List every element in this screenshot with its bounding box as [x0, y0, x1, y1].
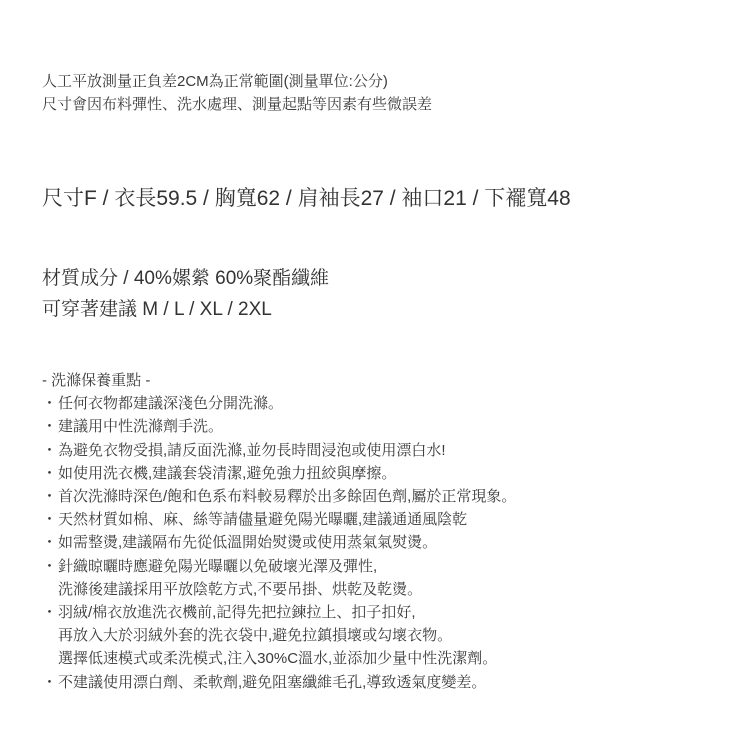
care-item: ・ 首次洗滌時深色/飽和色系布料較易釋於出多餘固色劑,屬於正常現象。: [42, 485, 516, 508]
measurement-note: 人工平放測量正負差2CM為正常範圍(測量單位:公分) 尺寸會因布料彈性、洗水處理…: [42, 70, 432, 116]
care-item: ・ 如需整燙,建議隔布先從低溫開始熨燙或使用蒸氣氣熨燙。: [42, 531, 516, 554]
care-item-continuation: 再放入大於羽絨外套的洗衣袋中,避免拉鎮損壞或勾壞衣物。: [42, 624, 516, 647]
product-info-page: 人工平放測量正負差2CM為正常範圍(測量單位:公分) 尺寸會因布料彈性、洗水處理…: [0, 0, 750, 750]
care-item-text: 如需整燙,建議隔布先從低溫開始熨燙或使用蒸氣氣熨燙。: [58, 531, 437, 554]
material-info: 材質成分 / 40%嫘縈 60%聚酯纖維 可穿著建議 M / L / XL / …: [42, 263, 329, 325]
care-item-text: 選擇低速模式或柔洗模式,注入30%C溫水,並添加少量中性洗潔劑。: [58, 647, 497, 670]
bullet-dot: ・: [42, 601, 58, 624]
measurement-note-line-1: 人工平放測量正負差2CM為正常範圍(測量單位:公分): [42, 70, 432, 93]
care-item-text: 針織晾曬時應避免陽光曝曬以免破壞光澤及彈性,: [58, 555, 377, 578]
bullet-dot: ・: [42, 439, 58, 462]
care-heading: - 洗滌保養重點 -: [42, 369, 516, 392]
care-item: ・ 不建議使用漂白劑、柔軟劑,避免阻塞纖維毛孔,導致透氣度變差。: [42, 671, 516, 694]
material-composition: 材質成分 / 40%嫘縈 60%聚酯纖維: [42, 263, 329, 294]
bullet-dot: ・: [42, 508, 58, 531]
care-item-text: 為避免衣物受損,請反面洗滌,並勿長時間浸泡或使用漂白水!: [58, 439, 446, 462]
care-item: ・ 任何衣物都建議深淺色分開洗滌。: [42, 392, 516, 415]
care-item-text: 建議用中性洗滌劑手洗。: [58, 415, 223, 438]
care-item-text: 天然材質如棉、麻、絲等請儘量避免陽光曝曬,建議通通風陰乾: [58, 508, 467, 531]
care-item-text: 再放入大於羽絨外套的洗衣袋中,避免拉鎮損壞或勾壞衣物。: [58, 624, 452, 647]
measurement-note-line-2: 尺寸會因布料彈性、洗水處理、測量起點等因素有些微誤差: [42, 93, 432, 116]
care-item: ・ 為避免衣物受損,請反面洗滌,並勿長時間浸泡或使用漂白水!: [42, 439, 516, 462]
bullet-dot: ・: [42, 415, 58, 438]
care-item-text: 羽絨/棉衣放進洗衣機前,記得先把拉鍊拉上、扣子扣好,: [58, 601, 416, 624]
bullet-spacer: [42, 578, 58, 601]
care-item: ・ 建議用中性洗滌劑手洗。: [42, 415, 516, 438]
care-item-text: 不建議使用漂白劑、柔軟劑,避免阻塞纖維毛孔,導致透氣度變差。: [58, 671, 486, 694]
bullet-dot: ・: [42, 531, 58, 554]
care-item: ・ 如使用洗衣機,建議套袋清潔,避免強力扭絞與摩擦。: [42, 462, 516, 485]
bullet-dot: ・: [42, 555, 58, 578]
care-item-text: 洗滌後建議採用平放陰乾方式,不要吊掛、烘乾及乾燙。: [58, 578, 422, 601]
care-section: - 洗滌保養重點 - ・ 任何衣物都建議深淺色分開洗滌。 ・ 建議用中性洗滌劑手…: [42, 369, 516, 694]
bullet-dot: ・: [42, 462, 58, 485]
care-item-text: 首次洗滌時深色/飽和色系布料較易釋於出多餘固色劑,屬於正常現象。: [58, 485, 516, 508]
care-item: ・ 羽絨/棉衣放進洗衣機前,記得先把拉鍊拉上、扣子扣好,: [42, 601, 516, 624]
care-item: ・ 天然材質如棉、麻、絲等請儘量避免陽光曝曬,建議通通風陰乾: [42, 508, 516, 531]
bullet-spacer: [42, 624, 58, 647]
care-item-continuation: 洗滌後建議採用平放陰乾方式,不要吊掛、烘乾及乾燙。: [42, 578, 516, 601]
care-item-text: 如使用洗衣機,建議套袋清潔,避免強力扭絞與摩擦。: [58, 462, 396, 485]
size-spec: 尺寸F / 衣長59.5 / 胸寬62 / 肩袖長27 / 袖口21 / 下襬寬…: [42, 186, 571, 212]
wear-suggestion: 可穿著建議 M / L / XL / 2XL: [42, 294, 329, 325]
bullet-dot: ・: [42, 671, 58, 694]
care-item: ・ 針織晾曬時應避免陽光曝曬以免破壞光澤及彈性,: [42, 555, 516, 578]
care-item-text: 任何衣物都建議深淺色分開洗滌。: [58, 392, 283, 415]
bullet-dot: ・: [42, 392, 58, 415]
bullet-spacer: [42, 647, 58, 670]
bullet-dot: ・: [42, 485, 58, 508]
care-item-continuation: 選擇低速模式或柔洗模式,注入30%C溫水,並添加少量中性洗潔劑。: [42, 647, 516, 670]
